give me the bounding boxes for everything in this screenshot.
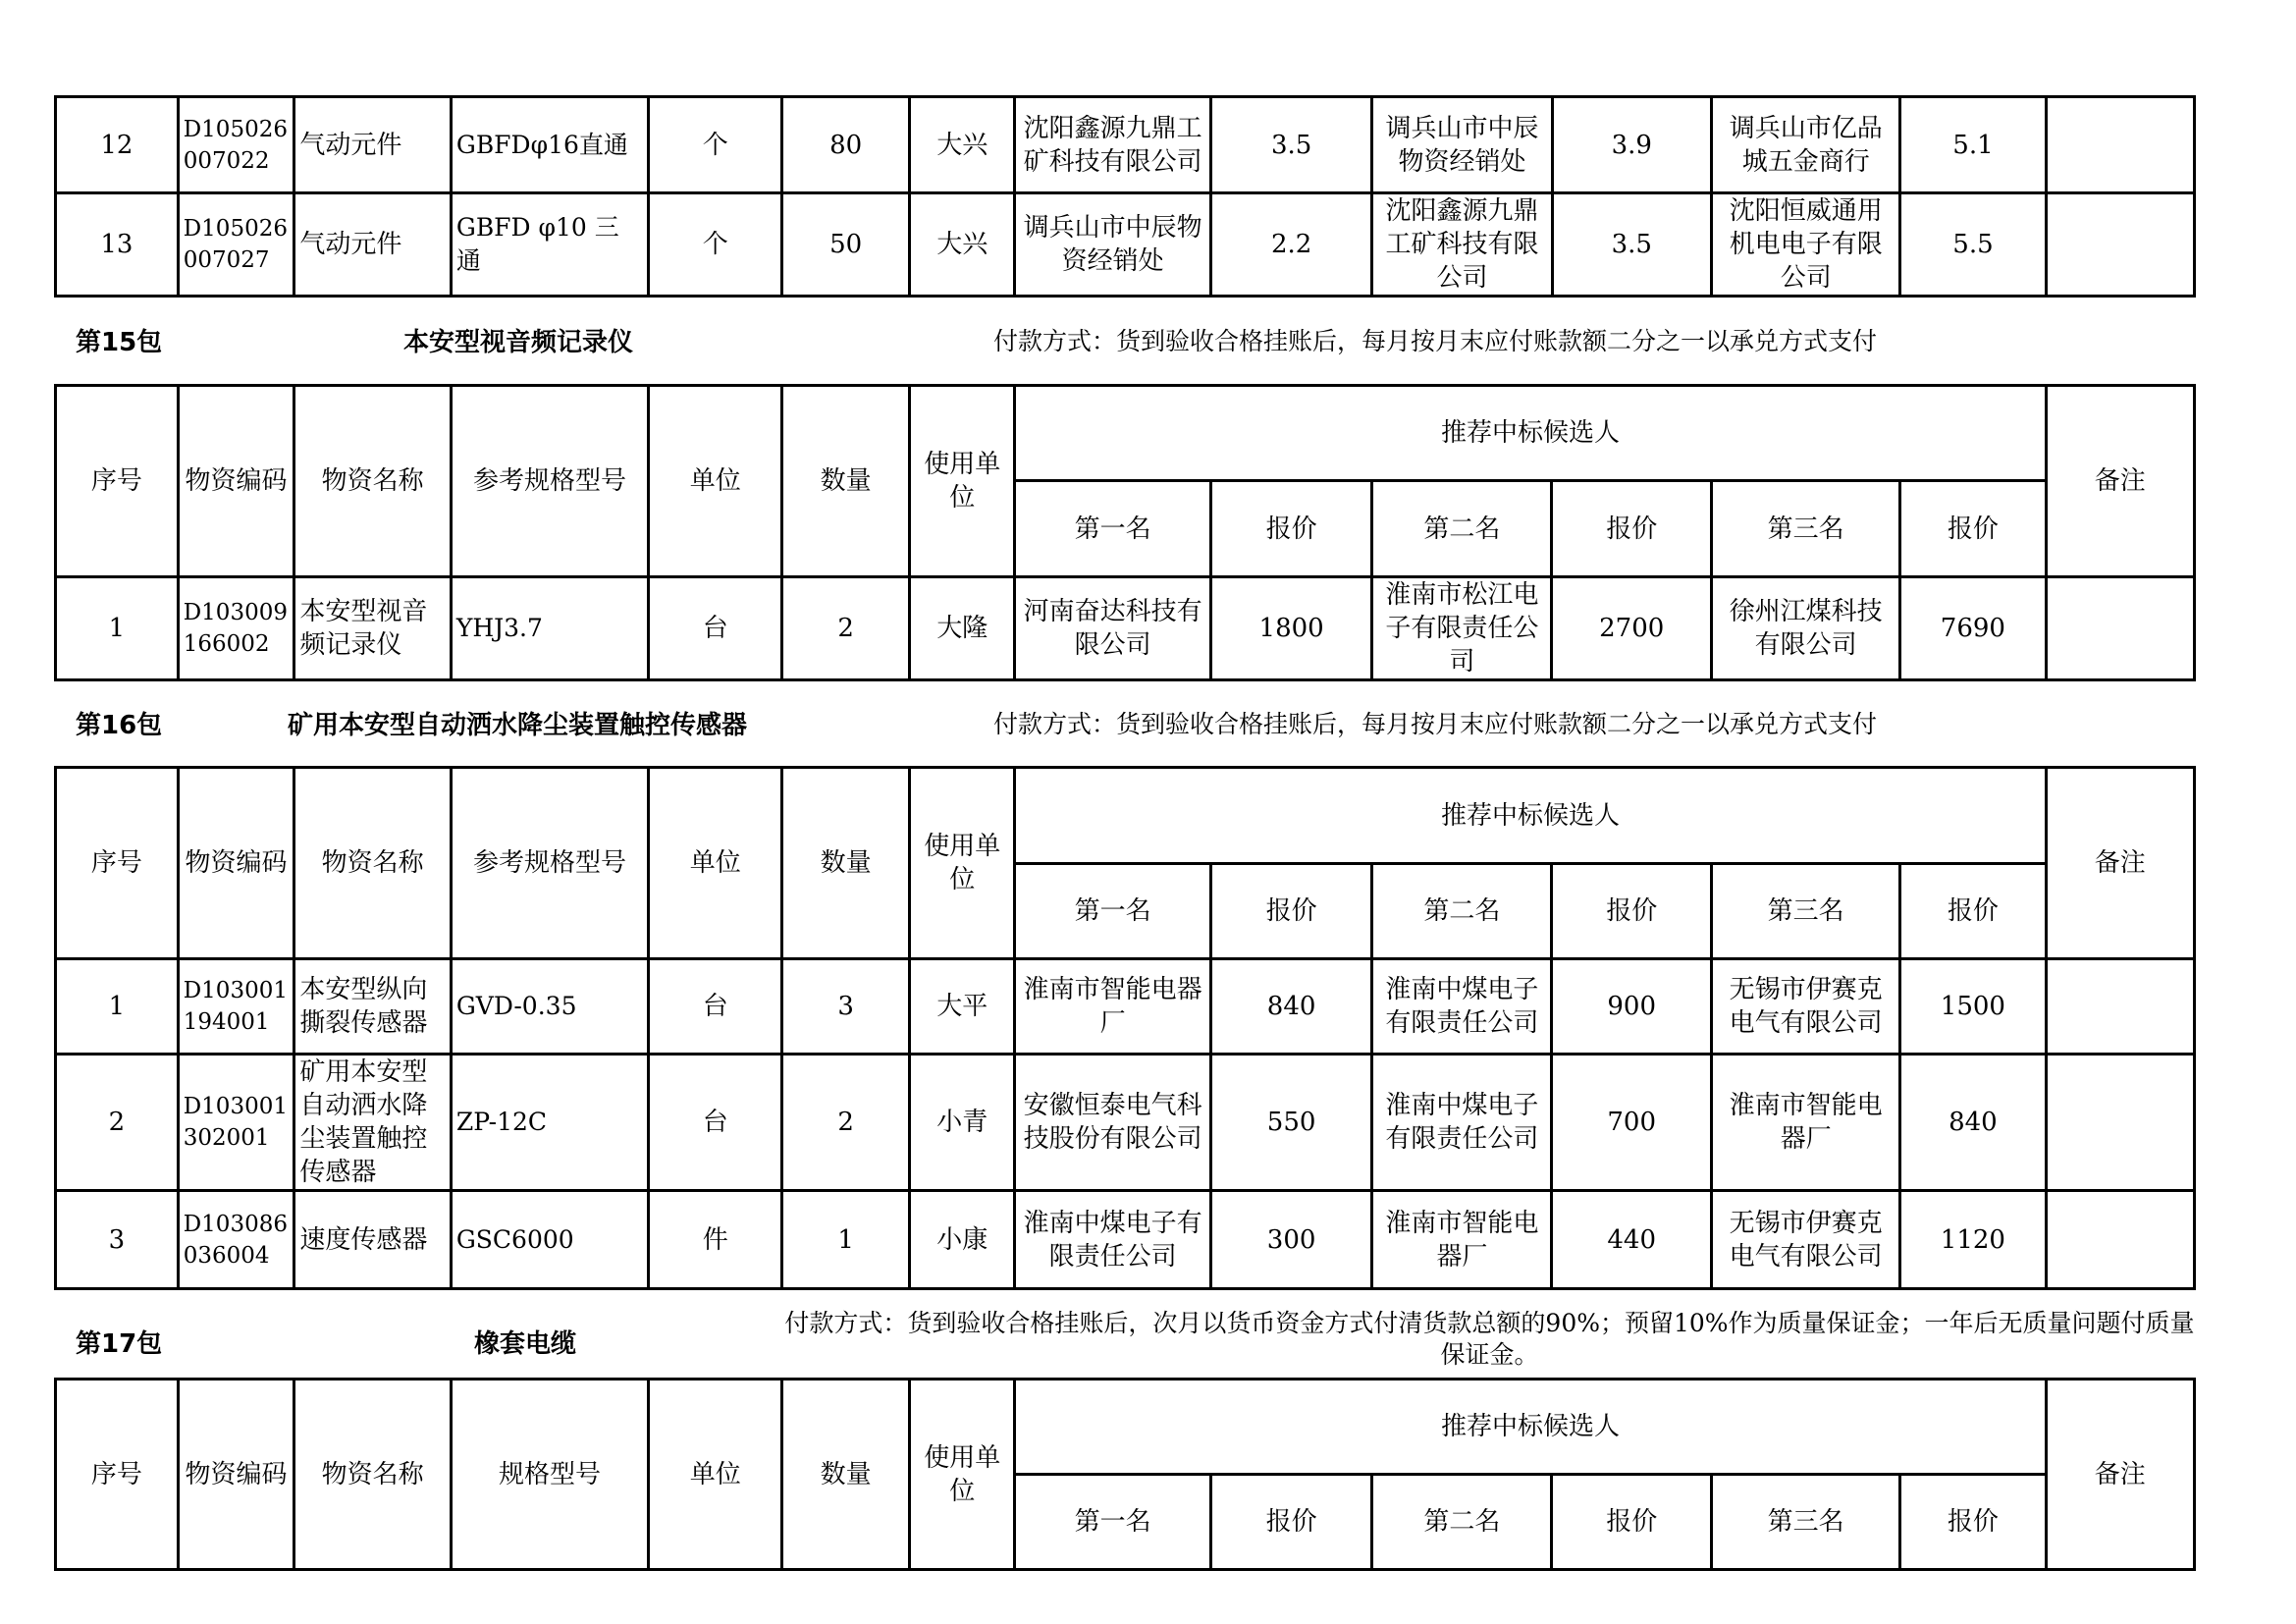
header-qty: 数量 (782, 768, 910, 959)
header-unit: 单位 (649, 1380, 782, 1570)
unit-cell: 个 (649, 193, 782, 297)
header-user-unit: 使用单位 (910, 1380, 1015, 1570)
header-price: 报价 (1552, 481, 1712, 577)
table-row: 3 D103086036004 速度传感器 GSC6000 件 1 小康 淮南中… (56, 1191, 2195, 1289)
remark-cell (2046, 1055, 2194, 1191)
code-cell: D103001194001 (178, 959, 294, 1055)
first-price-cell: 840 (1210, 959, 1372, 1055)
first-candidate-cell: 沈阳鑫源九鼎工矿科技有限公司 (1015, 97, 1210, 193)
header-candidates: 推荐中标候选人 (1015, 768, 2046, 864)
user-unit-cell: 大兴 (910, 97, 1015, 193)
qty-cell: 3 (782, 959, 910, 1055)
spec-cell: GBFD φ10 三通 (451, 193, 648, 297)
header-user-unit: 使用单位 (910, 768, 1015, 959)
third-candidate-cell: 徐州江煤科技有限公司 (1712, 577, 1900, 680)
header-price: 报价 (1552, 1475, 1712, 1570)
qty-cell: 80 (782, 97, 910, 193)
header-remark: 备注 (2046, 1380, 2194, 1570)
remark-cell (2046, 1191, 2194, 1289)
name-cell: 本安型视音频记录仪 (294, 577, 452, 680)
qty-cell: 50 (782, 193, 910, 297)
user-unit-cell: 小康 (910, 1191, 1015, 1289)
header-price: 报价 (1210, 1475, 1372, 1570)
name-cell: 气动元件 (294, 97, 452, 193)
header-remark: 备注 (2046, 768, 2194, 959)
user-unit-cell: 小青 (910, 1055, 1015, 1191)
header-seq: 序号 (56, 1380, 179, 1570)
second-price-cell: 3.9 (1552, 97, 1712, 193)
second-candidate-cell: 淮南市智能电器厂 (1372, 1191, 1552, 1289)
third-candidate-cell: 调兵山市亿品城五金商行 (1712, 97, 1900, 193)
name-cell: 速度传感器 (294, 1191, 452, 1289)
first-price-cell: 2.2 (1210, 193, 1372, 297)
second-candidate-cell: 沈阳鑫源九鼎工矿科技有限公司 (1372, 193, 1552, 297)
header-first: 第一名 (1015, 481, 1210, 577)
seq-cell: 1 (56, 577, 179, 680)
payment-terms: 付款方式：货到验收合格挂账后，每月按月末应付账款额二分之一以承兑方式支付 (993, 322, 1877, 357)
third-candidate-cell: 沈阳恒威通用机电电子有限公司 (1712, 193, 1900, 297)
remark-cell (2046, 959, 2194, 1055)
second-price-cell: 900 (1552, 959, 1712, 1055)
package15-table: 序号 物资编码 物资名称 参考规格型号 单位 数量 使用单位 推荐中标候选人 备… (54, 384, 2196, 681)
header-spec: 参考规格型号 (451, 386, 648, 577)
header-spec: 规格型号 (451, 1380, 648, 1570)
spec-cell: GSC6000 (451, 1191, 648, 1289)
code-cell: D103086036004 (178, 1191, 294, 1289)
package-label: 第17包 (76, 1324, 162, 1360)
package17-table: 序号 物资编码 物资名称 规格型号 单位 数量 使用单位 推荐中标候选人 备注 … (54, 1378, 2196, 1571)
unit-cell: 台 (649, 1055, 782, 1191)
package15-heading: 第15包 本安型视音频记录仪 付款方式：货到验收合格挂账后，每月按月末应付账款额… (54, 322, 2214, 361)
unit-cell: 件 (649, 1191, 782, 1289)
remark-cell (2046, 193, 2194, 297)
package16-table: 序号 物资编码 物资名称 参考规格型号 单位 数量 使用单位 推荐中标候选人 备… (54, 766, 2196, 1290)
second-candidate-cell: 淮南市松江电子有限责任公司 (1372, 577, 1552, 680)
package-label: 第15包 (76, 322, 162, 358)
header-first: 第一名 (1015, 1475, 1210, 1570)
seq-cell: 2 (56, 1055, 179, 1191)
third-price-cell: 5.5 (1900, 193, 2046, 297)
header-name: 物资名称 (294, 768, 452, 959)
table-row: 12 D105026007022 气动元件 GBFDφ16直通 个 80 大兴 … (56, 97, 2195, 193)
qty-cell: 1 (782, 1191, 910, 1289)
header-candidates: 推荐中标候选人 (1015, 1380, 2046, 1475)
header-row: 序号 物资编码 物资名称 参考规格型号 单位 数量 使用单位 推荐中标候选人 备… (56, 386, 2195, 481)
third-price-cell: 1500 (1900, 959, 2046, 1055)
second-price-cell: 700 (1552, 1055, 1712, 1191)
header-second: 第二名 (1372, 864, 1552, 959)
payment-terms: 付款方式：货到验收合格挂账后，每月按月末应付账款额二分之一以承兑方式支付 (993, 705, 1877, 740)
first-price-cell: 300 (1210, 1191, 1372, 1289)
name-cell: 本安型纵向撕裂传感器 (294, 959, 452, 1055)
header-seq: 序号 (56, 386, 179, 577)
third-candidate-cell: 无锡市伊赛克电气有限公司 (1712, 959, 1900, 1055)
second-price-cell: 2700 (1552, 577, 1712, 680)
table-row: 13 D105026007027 气动元件 GBFD φ10 三通 个 50 大… (56, 193, 2195, 297)
payment-terms: 付款方式：货到验收合格挂账后，次月以货币资金方式付清货款总额的90%；预留10%… (775, 1308, 2204, 1371)
user-unit-cell: 大兴 (910, 193, 1015, 297)
header-candidates: 推荐中标候选人 (1015, 386, 2046, 481)
header-spec: 参考规格型号 (451, 768, 648, 959)
header-price: 报价 (1900, 864, 2046, 959)
first-candidate-cell: 调兵山市中辰物资经销处 (1015, 193, 1210, 297)
header-second: 第二名 (1372, 1475, 1552, 1570)
spec-cell: YHJ3.7 (451, 577, 648, 680)
user-unit-cell: 大平 (910, 959, 1015, 1055)
header-first: 第一名 (1015, 864, 1210, 959)
header-second: 第二名 (1372, 481, 1552, 577)
unit-cell: 台 (649, 577, 782, 680)
table-row: 1 D103001194001 本安型纵向撕裂传感器 GVD-0.35 台 3 … (56, 959, 2195, 1055)
third-candidate-cell: 淮南市智能电器厂 (1712, 1055, 1900, 1191)
header-code: 物资编码 (178, 1380, 294, 1570)
user-unit-cell: 大隆 (910, 577, 1015, 680)
header-code: 物资编码 (178, 386, 294, 577)
second-price-cell: 440 (1552, 1191, 1712, 1289)
package17-heading: 第17包 橡套电缆 付款方式：货到验收合格挂账后，次月以货币资金方式付清货款总额… (54, 1312, 2214, 1375)
header-row: 序号 物资编码 物资名称 参考规格型号 单位 数量 使用单位 推荐中标候选人 备… (56, 768, 2195, 864)
header-third: 第三名 (1712, 864, 1900, 959)
second-candidate-cell: 调兵山市中辰物资经销处 (1372, 97, 1552, 193)
remark-cell (2046, 577, 2194, 680)
seq-cell: 3 (56, 1191, 179, 1289)
header-price: 报价 (1210, 481, 1372, 577)
package14-table: 12 D105026007022 气动元件 GBFDφ16直通 个 80 大兴 … (54, 95, 2196, 298)
first-price-cell: 1800 (1210, 577, 1372, 680)
code-cell: D105026007022 (178, 97, 294, 193)
header-qty: 数量 (782, 386, 910, 577)
qty-cell: 2 (782, 577, 910, 680)
first-candidate-cell: 安徽恒泰电气科技股份有限公司 (1015, 1055, 1210, 1191)
third-price-cell: 840 (1900, 1055, 2046, 1191)
header-user-unit: 使用单位 (910, 386, 1015, 577)
package-title: 矿用本安型自动洒水降尘装置触控传感器 (288, 705, 761, 741)
qty-cell: 2 (782, 1055, 910, 1191)
table-row: 1 D103009166002 本安型视音频记录仪 YHJ3.7 台 2 大隆 … (56, 577, 2195, 680)
header-unit: 单位 (649, 768, 782, 959)
header-third: 第三名 (1712, 1475, 1900, 1570)
spec-cell: ZP-12C (451, 1055, 648, 1191)
seq-cell: 1 (56, 959, 179, 1055)
second-candidate-cell: 淮南中煤电子有限责任公司 (1372, 959, 1552, 1055)
first-candidate-cell: 河南奋达科技有限公司 (1015, 577, 1210, 680)
second-candidate-cell: 淮南中煤电子有限责任公司 (1372, 1055, 1552, 1191)
package16-heading: 第16包 矿用本安型自动洒水降尘装置触控传感器 付款方式：货到验收合格挂账后，每… (54, 705, 2214, 744)
first-candidate-cell: 淮南市智能电器厂 (1015, 959, 1210, 1055)
header-price: 报价 (1900, 1475, 2046, 1570)
unit-cell: 台 (649, 959, 782, 1055)
header-remark: 备注 (2046, 386, 2194, 577)
package-title: 本安型视音频记录仪 (403, 322, 633, 358)
name-cell: 矿用本安型自动洒水降尘装置触控传感器 (294, 1055, 452, 1191)
package-label: 第16包 (76, 705, 162, 741)
header-price: 报价 (1210, 864, 1372, 959)
header-third: 第三名 (1712, 481, 1900, 577)
header-name: 物资名称 (294, 386, 452, 577)
first-price-cell: 550 (1210, 1055, 1372, 1191)
header-name: 物资名称 (294, 1380, 452, 1570)
header-price: 报价 (1552, 864, 1712, 959)
header-code: 物资编码 (178, 768, 294, 959)
first-price-cell: 3.5 (1210, 97, 1372, 193)
spec-cell: GVD-0.35 (451, 959, 648, 1055)
spec-cell: GBFDφ16直通 (451, 97, 648, 193)
seq-cell: 12 (56, 97, 179, 193)
third-candidate-cell: 无锡市伊赛克电气有限公司 (1712, 1191, 1900, 1289)
header-price: 报价 (1900, 481, 2046, 577)
header-seq: 序号 (56, 768, 179, 959)
unit-cell: 个 (649, 97, 782, 193)
table-row: 2 D103001302001 矿用本安型自动洒水降尘装置触控传感器 ZP-12… (56, 1055, 2195, 1191)
seq-cell: 13 (56, 193, 179, 297)
third-price-cell: 7690 (1900, 577, 2046, 680)
second-price-cell: 3.5 (1552, 193, 1712, 297)
package-title: 橡套电缆 (474, 1324, 576, 1360)
code-cell: D105026007027 (178, 193, 294, 297)
code-cell: D103009166002 (178, 577, 294, 680)
first-candidate-cell: 淮南中煤电子有限责任公司 (1015, 1191, 1210, 1289)
header-unit: 单位 (649, 386, 782, 577)
name-cell: 气动元件 (294, 193, 452, 297)
third-price-cell: 5.1 (1900, 97, 2046, 193)
remark-cell (2046, 97, 2194, 193)
third-price-cell: 1120 (1900, 1191, 2046, 1289)
code-cell: D103001302001 (178, 1055, 294, 1191)
header-row: 序号 物资编码 物资名称 规格型号 单位 数量 使用单位 推荐中标候选人 备注 (56, 1380, 2195, 1475)
header-qty: 数量 (782, 1380, 910, 1570)
